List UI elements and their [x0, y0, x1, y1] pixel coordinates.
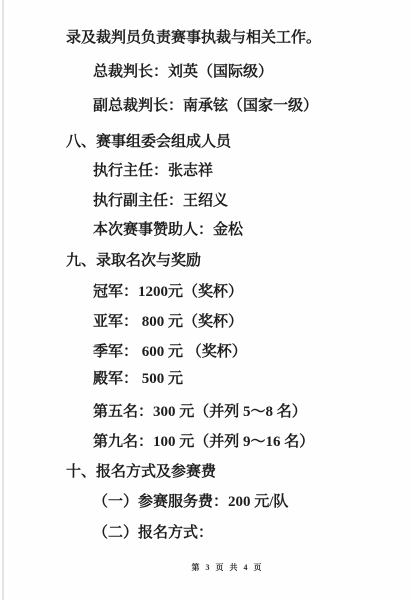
heading-section-8-committee: 八、赛事组委会组成人员 — [66, 134, 231, 151]
line-prize-runner-up: 亚军： 800 元（奖杯） — [93, 314, 243, 331]
line-executive-director: 执行主任：张志祥 — [93, 163, 213, 180]
line-prize-champion: 冠军：1200元（奖杯） — [93, 284, 243, 301]
line-deputy-chief-referee: 副总裁判长：南承铉（国家一级） — [93, 98, 318, 115]
line-prize-ninth: 第九名：100 元（并列 9～16 名） — [93, 434, 314, 451]
line-prize-fifth: 第五名：300 元（并列 5～8 名） — [93, 404, 307, 421]
page-left-edge — [2, 0, 4, 600]
page-number-footer: 第 3 页 共 4 页 — [45, 562, 410, 573]
line-deputy-executive-director: 执行副主任：王绍义 — [93, 193, 228, 210]
line-prize-third: 季军： 600 元 （奖杯） — [93, 344, 247, 361]
line-chief-referee: 总裁判长：刘英（国际级） — [93, 64, 273, 81]
heading-section-9-prizes: 九、录取名次与奖励 — [66, 253, 201, 270]
body-text-referee-duties: 录及裁判员负责赛事执裁与相关工作。 — [66, 30, 321, 47]
line-prize-fourth: 殿军： 500 元 — [93, 371, 183, 388]
line-entry-service-fee: （一）参赛服务费：200 元/队 — [93, 494, 288, 511]
heading-section-10-registration: 十、报名方式及参赛费 — [66, 464, 216, 481]
line-registration-method: （二）报名方式： — [93, 525, 213, 542]
document-page: 录及裁判员负责赛事执裁与相关工作。 总裁判长：刘英（国际级） 副总裁判长：南承铉… — [0, 0, 410, 600]
line-sponsor: 本次赛事赞助人：金松 — [93, 222, 243, 239]
